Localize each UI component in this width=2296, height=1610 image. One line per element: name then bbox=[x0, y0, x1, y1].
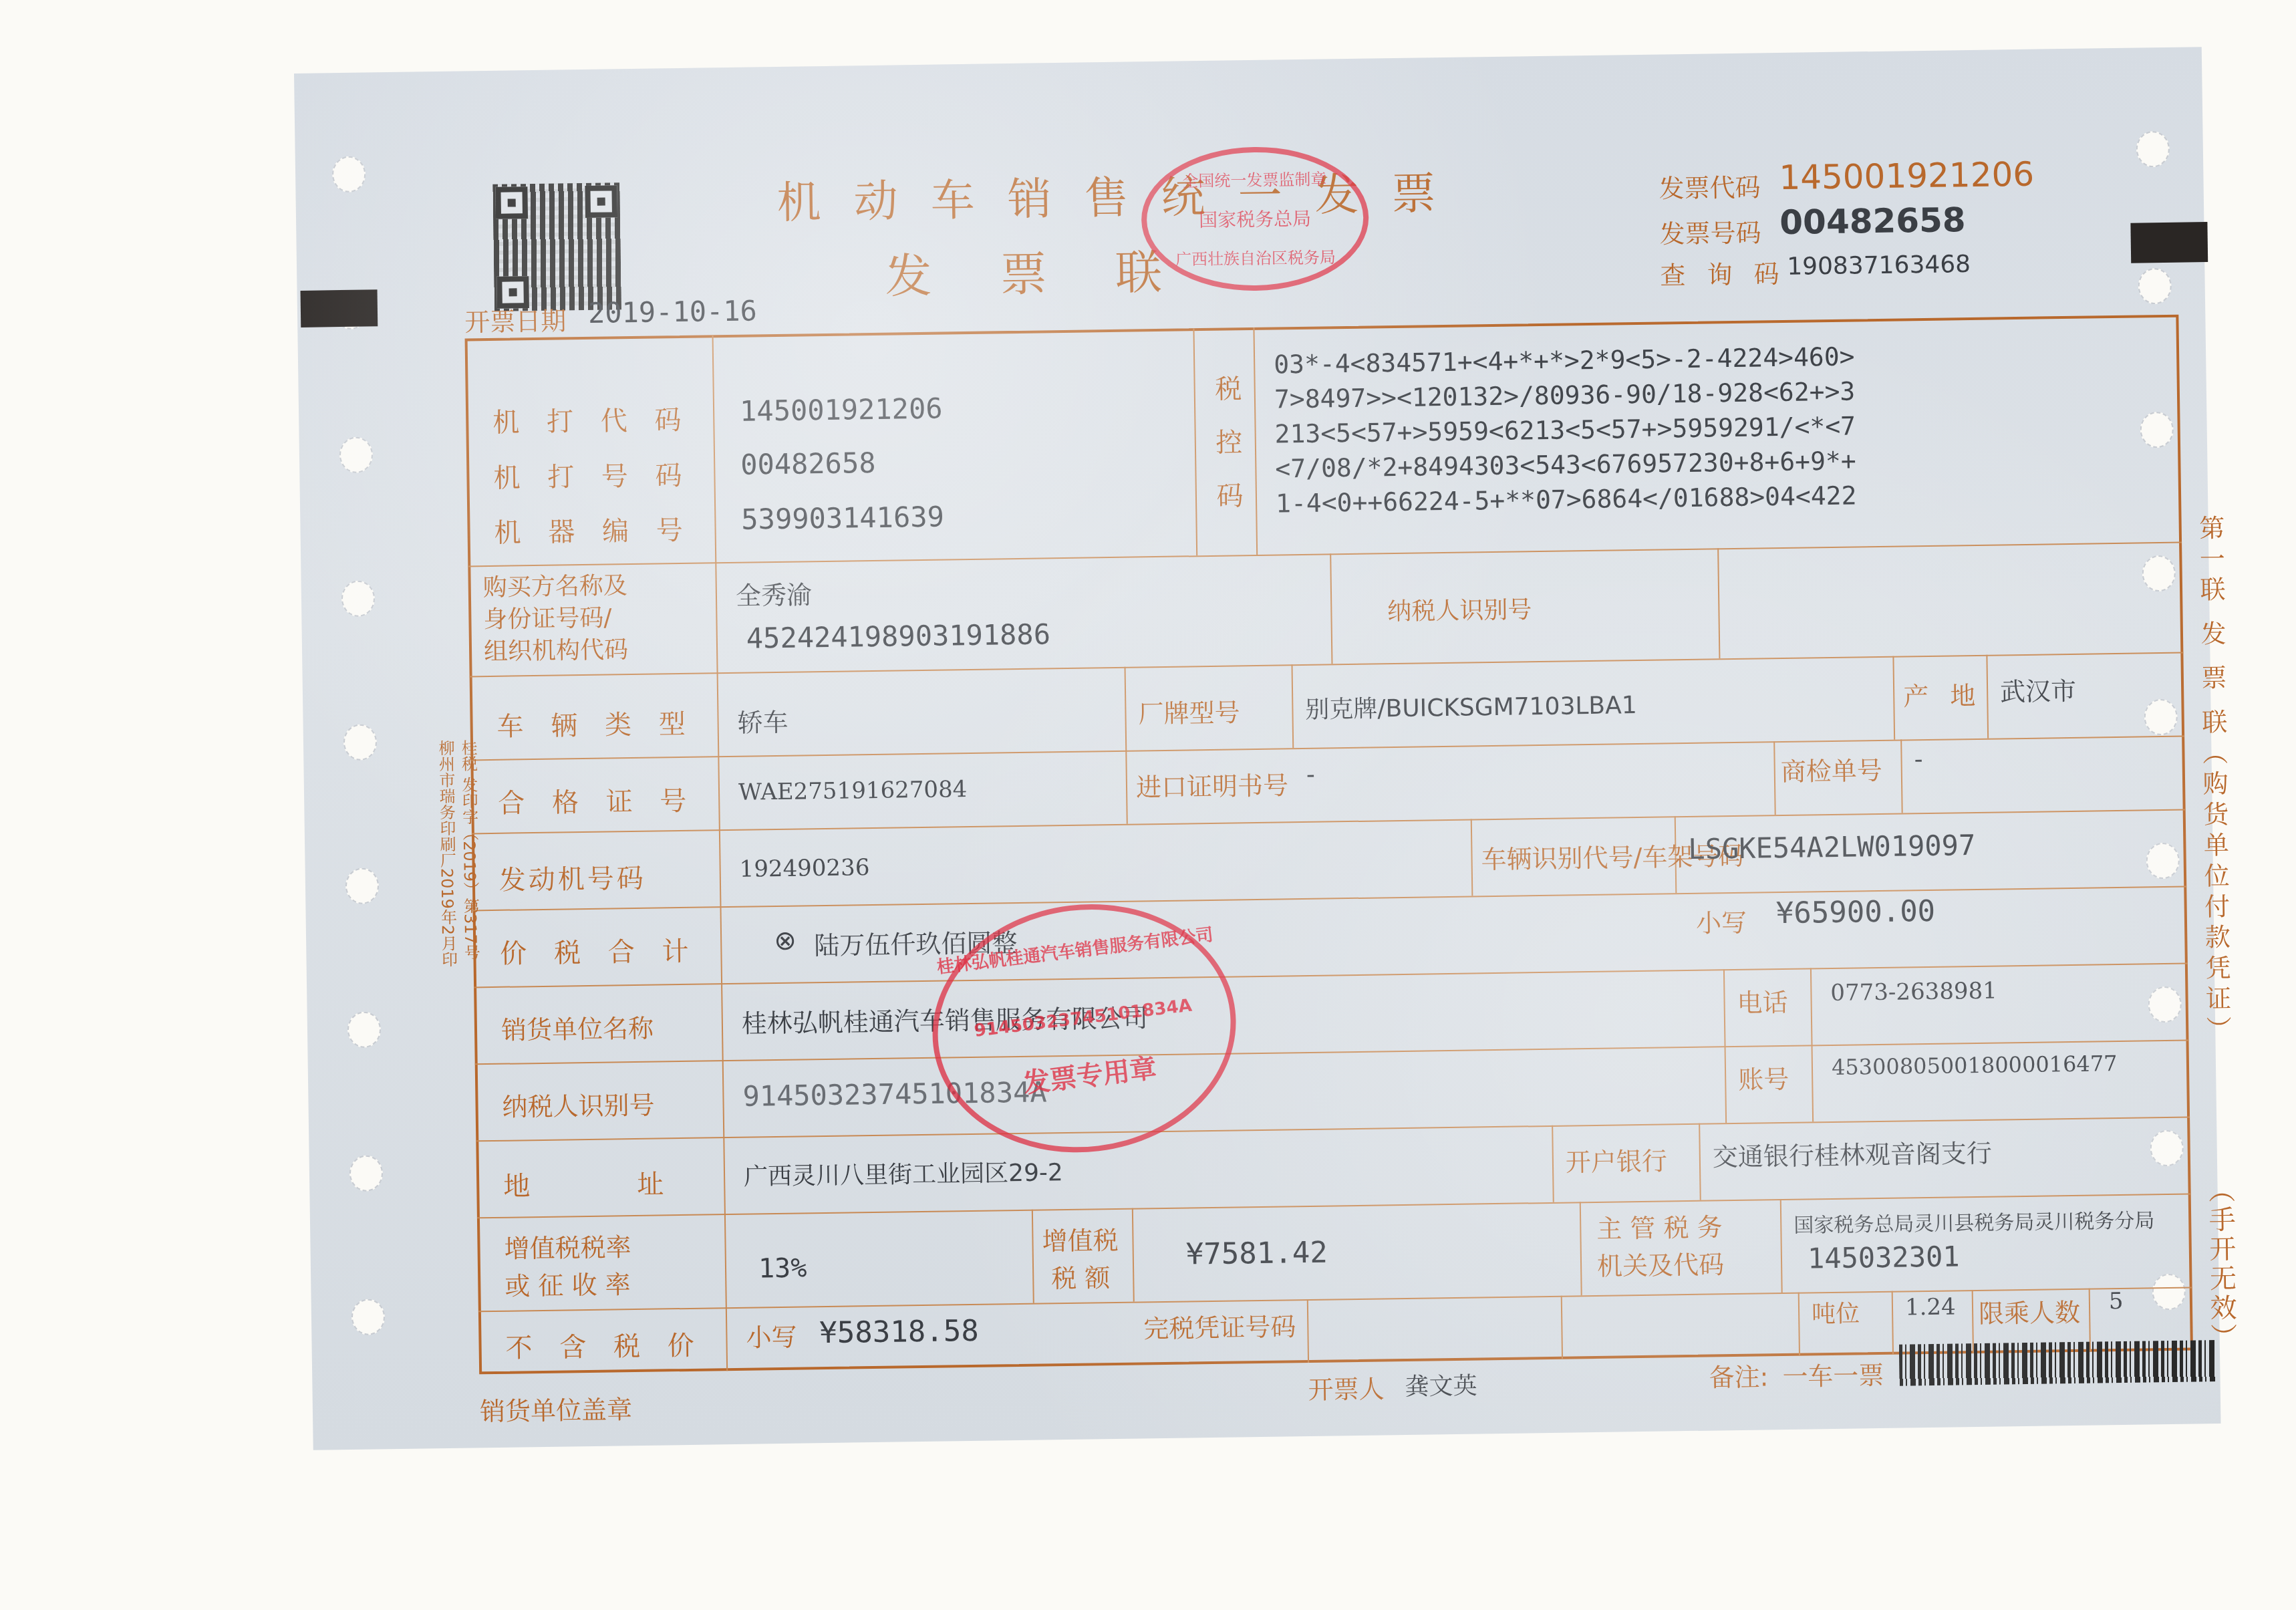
print-permit-line: 桂税 发印字（2019）第317号 bbox=[458, 739, 480, 960]
qr-code bbox=[492, 182, 621, 311]
tax-control-label: 税控码 bbox=[1207, 374, 1247, 535]
brand-model: 别克牌/BUICKSGM7103LBA1 bbox=[1305, 686, 1637, 725]
engine-number: 192490236 bbox=[739, 854, 869, 883]
tax-authority-label-line: 主 管 税 务 bbox=[1596, 1208, 1724, 1248]
feed-hole bbox=[341, 580, 376, 617]
feed-hole bbox=[339, 436, 374, 473]
stamp-text: 广西壮族自治区税务局 bbox=[1147, 244, 1364, 271]
tax-rate-label-line: 增值税税率 bbox=[504, 1228, 631, 1268]
invoice-number-label: 发票号码 bbox=[1659, 212, 1761, 250]
machine-number-label: 机 打 号 码 bbox=[493, 454, 692, 495]
seats: 5 bbox=[2109, 1288, 2124, 1315]
device-number: 539903141639 bbox=[741, 500, 944, 535]
feed-hole bbox=[2136, 131, 2170, 168]
buyer-id: 452424198903191886 bbox=[746, 618, 1051, 654]
vin: LSGKE54A2LW019097 bbox=[1688, 829, 1976, 865]
invoice-number: 00482658 bbox=[1779, 200, 1966, 242]
net-price: ¥58318.58 bbox=[819, 1314, 979, 1350]
seats-label: 限乘人数 bbox=[1979, 1292, 2081, 1330]
engine-label: 发动机号码 bbox=[498, 857, 646, 898]
feed-hole bbox=[347, 1011, 382, 1048]
feed-hole bbox=[343, 724, 378, 761]
tax-authority-label: 主 管 税 务 机关及代码 bbox=[1596, 1208, 1725, 1285]
tax-amount: ¥7581.42 bbox=[1185, 1236, 1328, 1272]
invoice-code: 145001921206 bbox=[1779, 155, 2035, 197]
drawer-name: 龚文英 bbox=[1405, 1367, 1477, 1402]
net-price-label: 不 含 税 价 bbox=[505, 1325, 704, 1365]
total-uppercase-symbol: ⊗ bbox=[774, 926, 797, 956]
origin: 武汉市 bbox=[2000, 670, 2077, 708]
feed-hole bbox=[349, 1155, 384, 1192]
total-lowercase-label: 小写 bbox=[1696, 902, 1747, 940]
print-permit-note: 桂税 发印字（2019）第317号 柳州市瑞务印刷厂2019年2月印 bbox=[434, 739, 482, 967]
invoice-paper: 机 动 车 销 售 统 一 发 票 发 票 联 全国统一发票监制章 国家税务总局… bbox=[294, 47, 2220, 1450]
import-cert-label: 进口证明书号 bbox=[1136, 765, 1289, 803]
print-permit-line: 柳州市瑞务印刷厂2019年2月印 bbox=[436, 740, 458, 968]
tax-rate-label: 增值税税率 或 征 收 率 bbox=[504, 1228, 632, 1305]
seller-name-label: 销货单位名称 bbox=[501, 1008, 654, 1047]
remark: 一车一票 bbox=[1782, 1355, 1884, 1393]
net-price-small-label: 小写 bbox=[746, 1317, 797, 1354]
tax-voucher-label: 完税凭证号码 bbox=[1143, 1306, 1296, 1345]
machine-code: 145001921206 bbox=[740, 392, 943, 428]
barcode bbox=[1899, 1340, 2217, 1386]
total-label: 价 税 合 计 bbox=[500, 930, 698, 971]
tax-rate-label-line: 或 征 收 率 bbox=[505, 1266, 632, 1305]
brand-label: 厂牌型号 bbox=[1138, 692, 1240, 730]
vehicle-type-label: 车 辆 类 型 bbox=[496, 703, 695, 744]
tax-amount-label-line: 增值税 bbox=[1042, 1222, 1119, 1260]
tax-amount-label-line: 税 额 bbox=[1042, 1259, 1119, 1298]
stamp-text: 全国统一发票监制章 bbox=[1146, 166, 1362, 192]
total-lowercase: ¥65900.00 bbox=[1775, 894, 1935, 930]
query-code-label: 查 询 码 bbox=[1660, 253, 1786, 292]
issue-date-label: 开票日期 bbox=[464, 300, 567, 338]
buyer-label-line: 组织机构代码 bbox=[484, 634, 629, 668]
machine-number: 00482658 bbox=[740, 446, 876, 481]
issue-date: 2019-10-16 bbox=[588, 294, 758, 329]
alignment-mark bbox=[301, 289, 378, 327]
query-code: 190837163468 bbox=[1787, 251, 1971, 281]
device-number-label: 机 器 编 号 bbox=[494, 509, 692, 550]
buyer-label-line: 购买方名称及 bbox=[482, 570, 627, 604]
drawer-label: 开票人 bbox=[1308, 1368, 1385, 1406]
bank-label: 开户银行 bbox=[1566, 1140, 1668, 1178]
seller-phone: 0773-2638981 bbox=[1830, 978, 1997, 1007]
buyer-label: 购买方名称及 身份证号码/ 组织机构代码 bbox=[482, 570, 628, 668]
remark-label: 备注: bbox=[1709, 1356, 1769, 1393]
import-cert: - bbox=[1306, 761, 1316, 789]
copy-designation: 第一联 发 票 联（购货单位付款凭证） bbox=[2191, 515, 2235, 1047]
seller-taxpayer-label: 纳税人识别号 bbox=[502, 1085, 655, 1123]
handwritten-invalid-note: （手开无效） bbox=[2200, 1176, 2241, 1353]
inspection-label: 商检单号 bbox=[1780, 750, 1882, 788]
feed-hole bbox=[351, 1299, 386, 1335]
seller-account-label: 账号 bbox=[1738, 1059, 1789, 1096]
tax-amount-label: 增值税 税 额 bbox=[1042, 1222, 1119, 1298]
invoice-code-label: 发票代码 bbox=[1659, 166, 1761, 205]
seller-address-label: 地 址 bbox=[503, 1163, 671, 1203]
certificate-number: WAE275191627084 bbox=[738, 776, 968, 806]
buyer-name: 全秀渝 bbox=[736, 574, 813, 612]
stamp-text: 91450323745101834A bbox=[936, 991, 1230, 1046]
inspection-number: - bbox=[1914, 746, 1923, 773]
stamp-text: 国家税务总局 bbox=[1147, 204, 1364, 234]
tax-authority-label-line: 机关及代码 bbox=[1597, 1246, 1725, 1285]
tax-control-code: 03*-4<834571+<4+*+*>2*9<5>-2-4224>460> 7… bbox=[1274, 339, 1857, 521]
alignment-mark bbox=[2130, 222, 2208, 263]
seller-address: 广西灵川八里街工业园区29-2 bbox=[744, 1154, 1063, 1192]
origin-label: 产 地 bbox=[1903, 675, 1983, 713]
tonnage-label: 吨位 bbox=[1812, 1295, 1860, 1329]
buyer-label-line: 身份证号码/ bbox=[483, 602, 628, 636]
feed-hole bbox=[2138, 268, 2172, 305]
certificate-label: 合 格 证 号 bbox=[498, 780, 696, 821]
invoice-subtitle: 发 票 联 bbox=[885, 235, 1189, 306]
seller-account: 453008050018000016477 bbox=[1832, 1051, 2118, 1080]
bank-name: 交通银行桂林观音阁支行 bbox=[1712, 1133, 1992, 1174]
machine-code-label: 机 打 代 码 bbox=[492, 399, 691, 440]
feed-hole bbox=[332, 156, 366, 193]
tax-authority: 国家税务总局灵川县税务局灵川税务分局 bbox=[1793, 1204, 2155, 1238]
stamp-text: 发票专用章 bbox=[942, 1037, 1238, 1110]
tonnage: 1.24 bbox=[1905, 1293, 1956, 1321]
feed-hole bbox=[345, 867, 380, 904]
vehicle-type: 轿车 bbox=[737, 702, 788, 739]
buyer-taxpayer-id-label: 纳税人识别号 bbox=[1387, 591, 1532, 627]
tax-authority-code: 145032301 bbox=[1808, 1240, 1960, 1274]
seller-seal-label: 销货单位盖章 bbox=[480, 1389, 633, 1428]
tax-rate: 13% bbox=[758, 1252, 807, 1284]
seller-phone-label: 电话 bbox=[1737, 982, 1788, 1019]
